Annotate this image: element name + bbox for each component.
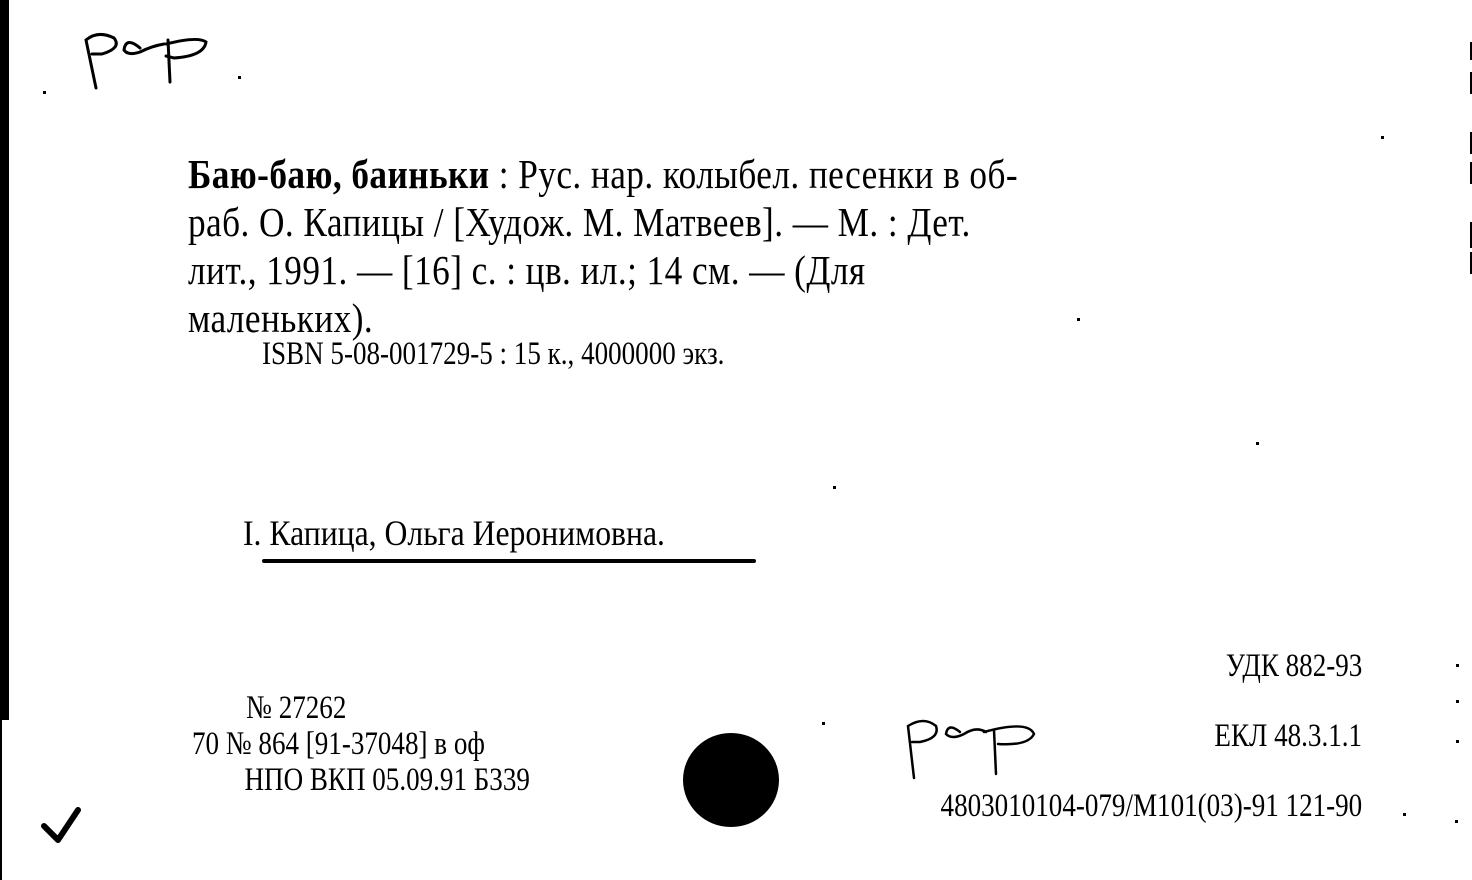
scan-speck [822, 722, 825, 725]
bibliographic-description: Баю-баю, баиньки : Рус. нар. колыбел. пе… [188, 150, 1194, 342]
isbn-line: ISBN 5-08-001729-5 : 15 к., 4000000 экз. [262, 336, 724, 373]
description-line-1: : Рус. нар. колыбел. песенки в об- [490, 151, 1019, 197]
print-info: № 27262 70 № 864 [91-37048] в оф НПО ВКП… [192, 690, 530, 798]
scan-speck [238, 76, 241, 79]
scan-speck [1456, 664, 1459, 667]
scan-speck [1456, 740, 1459, 743]
scan-edge-left [0, 0, 9, 720]
handwritten-initials-top [78, 26, 218, 96]
scan-speck [833, 486, 836, 489]
print-info-line-2: 70 № 864 [91-37048] в оф [192, 726, 530, 762]
scan-speck [1256, 442, 1259, 445]
scan-speck [1381, 136, 1384, 139]
author-tracing: I. Капица, Ольга Иеронимовна. [243, 512, 665, 554]
ekl-code: ЕКЛ 48.3.1.1 [1214, 718, 1362, 755]
scan-speck [43, 91, 46, 94]
classification-code: 4803010104-079/М101(03)-91 121-90 [940, 788, 1362, 825]
scan-speck [1455, 820, 1458, 823]
print-info-line-3: НПО ВКП 05.09.91 Б339 [192, 762, 530, 798]
handwritten-initials-bottom [900, 712, 1050, 782]
scan-speck [1403, 813, 1406, 816]
checkmark-icon [38, 806, 88, 856]
description-line-3: лит., 1991. — [16] с. : цв. ил.; 14 см. … [188, 246, 1194, 294]
punch-hole [683, 733, 779, 827]
tracing-underline [262, 559, 756, 563]
print-info-line-1: № 27262 [192, 690, 530, 726]
scan-speck [1456, 700, 1459, 703]
udk-code: УДК 882-93 [1226, 648, 1362, 685]
scan-speck [1077, 318, 1080, 321]
description-line-4: маленьких). [188, 294, 1194, 342]
description-line-2: раб. О. Капицы / [Худож. М. Матвеев]. — … [188, 198, 1194, 246]
book-title: Баю-баю, баиньки [188, 151, 490, 197]
scan-edge-left-thin [0, 720, 2, 880]
